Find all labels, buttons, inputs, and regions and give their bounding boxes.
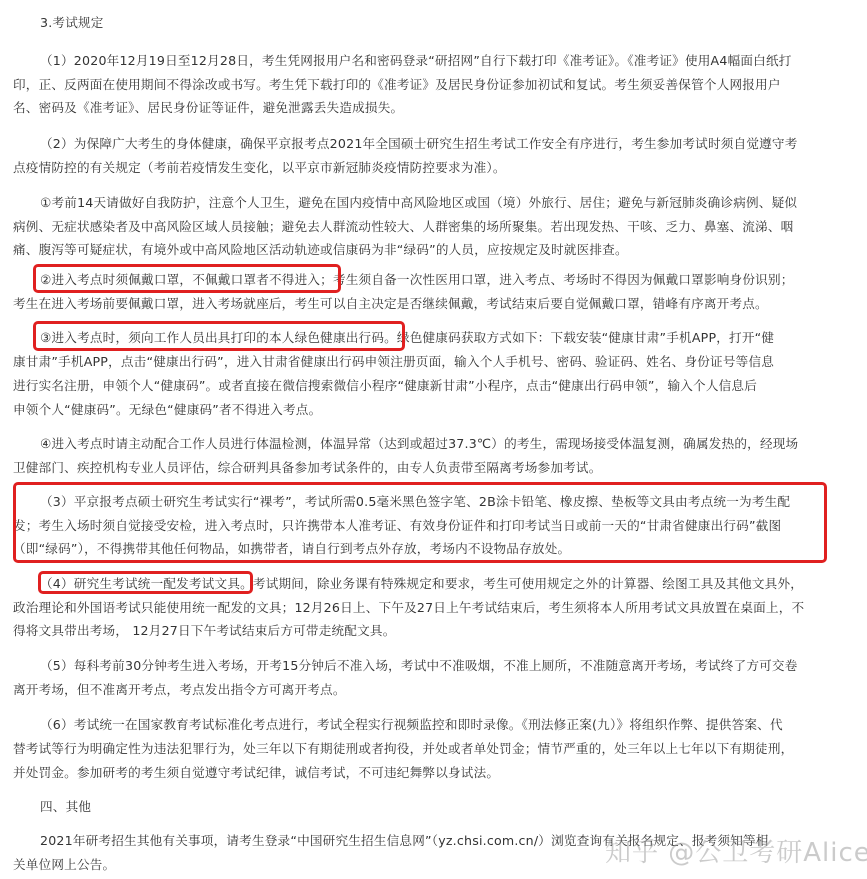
section-4-title: 四、其他 — [40, 799, 91, 815]
para-4-line: 得将文具带出考场， 12月27日下午考试结束后方可带走统配文具。 — [13, 623, 396, 639]
para-2-1-line: 痛、腹泻等可疑症状，有境外或中高风险地区活动轨迹或信康码为非“绿码”的人员，应按… — [13, 242, 628, 258]
para-6-line: 替考试等行为明确定性为违法犯罪行为，处三年以下有期徒刑或者拘役，并处或者单处罚金… — [13, 741, 793, 757]
para-6-line: （6）考试统一在国家教育考试标准化考点进行，考试全程实行视频监控和即时录像。《刑… — [40, 717, 783, 733]
para-2-line: 点疫情防控的有关规定（考前若疫情发生变化，以平京市新冠肺炎疫情防控要求为准）。 — [13, 160, 506, 176]
para-5-line: （5）每科考前30分钟考生进入考场，开考15分钟后不准入场，考试中不准吸烟，不准… — [40, 658, 798, 674]
para-5-line: 离开考场，但不准离开考点，考点发出指令方可离开考点。 — [13, 682, 346, 698]
para-2-line: （2）为保障广大考生的身体健康，确保平京报考点2021年全国硕士研究生招生考试工… — [40, 136, 798, 152]
highlight-box-naked-exam — [13, 482, 827, 563]
watermark: 知乎 @公卫考研Alice — [605, 832, 867, 869]
para-2-3-line: 进行实名注册，申领个人“健康码”。或者直接在微信搜索微信小程序“健康新甘肃”小程… — [13, 378, 757, 394]
para-1-line: 印，正、反两面在使用期间不得涂改或书写。考生凭下载打印的《准考证》及居民身份证参… — [13, 77, 781, 93]
para-6-line: 并处罚金。参加研考的考生须自觉遵守考试纪律，诚信考试，不可违纪舞弊以身试法。 — [13, 765, 499, 781]
para-2-4-line: ④进入考点时请主动配合工作人员进行体温检测，体温异常（达到或超过37.3℃）的考… — [40, 436, 798, 452]
para-2-1-line: 病例、无症状感染者及中高风险区域人员接触；避免去人群流动性较大、人群密集的场所聚… — [13, 219, 793, 235]
para-2-3-line: 康甘肃”手机APP，点击“健康出行码”，进入甘肃省健康出行码申领注册页面，输入个… — [13, 354, 774, 370]
para-2-4-line: 卫健部门、疾控机构专业人员评估，综合研判具备参加考试条件的，由专人负责带至隔离考… — [13, 460, 602, 476]
para-2-1-line: ①考前14天请做好自我防护，注意个人卫生，避免在国内疫情中高风险地区或国（境）外… — [40, 195, 797, 211]
para-2-2-line: 考生在进入考场前要佩戴口罩，进入考场就座后，考生可以自主决定是否继续佩戴，考试结… — [13, 296, 768, 312]
para-1-line: 名、密码及《准考证》、居民身份证等证件，避免泄露丢失造成损失。 — [13, 100, 403, 116]
para-2-3-line: 申领个人“健康码”。无绿色“健康码”者不得进入考点。 — [13, 402, 321, 418]
para-1-line: （1）2020年12月19日至12月28日，考生凭网报用户名和密码登录“研招网”… — [40, 53, 792, 69]
section-title: 3.考试规定 — [40, 15, 104, 31]
highlight-box-stationery — [38, 571, 253, 594]
highlight-box-mask-rule — [33, 264, 341, 293]
closing-line: 关单位网上公告。 — [13, 857, 115, 873]
highlight-box-health-code — [33, 321, 405, 351]
para-4-line: 政治理论和外国语考试只能使用统一配发的文具；12月26日上、下午及27日上午考试… — [13, 600, 804, 616]
